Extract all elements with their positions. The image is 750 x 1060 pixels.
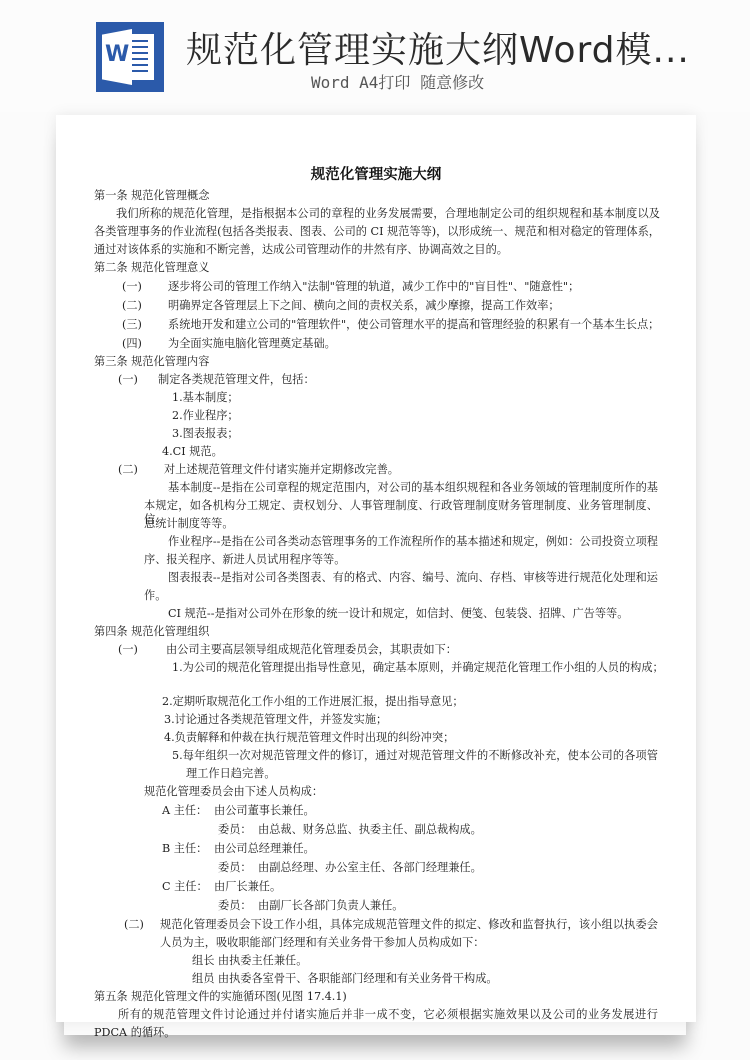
list-item: 为全面实施电脑化管理奠定基础。 (168, 337, 336, 351)
list-item: 由公司主要高层领导组成规范化管理委员会，其职责如下： (166, 643, 457, 657)
sub-item: 1.基本制度； (172, 391, 239, 405)
list-marker: (二) (122, 299, 142, 313)
paragraph-line: 通过对该体系的实施和不断完善，达成公司管理动作的井然有序、协调高效之目的。 (94, 243, 508, 257)
list-item: 规范化管理委员会下设工作小组，具体完成规范管理文件的拟定、修改和监督执行，该小组… (160, 918, 658, 932)
definition-line: 序、报关程序、新进人员试用程序等等。 (144, 553, 345, 567)
definition-line: CI 规范--是指对公司外在形象的统一设计和规定，如信封、便笺、包装袋、招牌、广… (168, 607, 628, 621)
group-members: 组员 由执委各室骨干、各职能部门经理和有关业务骨干构成。 (192, 972, 498, 986)
committee-intro: 规范化管理委员会由下述人员构成： (144, 785, 323, 799)
word-icon-letter: W (105, 42, 129, 67)
member-label-a: 委员： (218, 823, 252, 837)
chair-value-c: 由厂长兼任。 (214, 880, 281, 894)
list-marker: (一) (118, 643, 138, 657)
sub-item: 4.负责解释和仲裁在执行规范管理文件时出现的纠纷冲突； (164, 731, 454, 745)
sub-item: 4.CI 规范。 (162, 445, 223, 459)
list-item: 制定各类规范管理文件，包括： (158, 373, 315, 387)
template-subtitle: Word A4打印 随意修改 (311, 70, 484, 93)
chair-label-c: C 主任： (162, 880, 208, 894)
article-heading-1: 第一条 规范化管理概念 (94, 189, 209, 203)
header-banner: W 规范化管理实施大纲Word模... Word A4打印 随意修改 (0, 0, 750, 112)
definition-line: 作。 (144, 589, 166, 603)
member-value-b: 由副总经理、办公室主任、各部门经理兼任。 (258, 861, 482, 875)
sub-item: 3.图表报表； (172, 427, 239, 441)
sub-item: 2.作业程序； (172, 409, 239, 423)
chair-label-a: A 主任： (162, 804, 207, 818)
member-value-a: 由总裁、财务总监、执委主任、副总裁构成。 (258, 823, 482, 837)
definition-line: 基本制度--是指在公司章程的规定范围内，对公司的基本组织规程和各业务领域的管理制… (168, 481, 658, 495)
paragraph-line: PDCA 的循环。 (94, 1026, 175, 1040)
list-marker: (三) (122, 318, 142, 332)
sub-item: 3.讨论通过各类规范管理文件，并签发实施； (164, 713, 387, 727)
list-marker: (一) (122, 280, 142, 294)
sub-item: 5.每年组织一次对规范管理文件的修订，通过对规范管理文件的不断修改补充，使本公司… (172, 749, 658, 763)
member-value-c: 由副厂长各部门负责人兼任。 (258, 899, 403, 913)
sub-item: 理工作日趋完善。 (186, 767, 276, 781)
list-item: 明确界定各管理层上下之间、横向之间的责权关系，减少摩擦，提高工作效率； (168, 299, 560, 313)
template-title: 规范化管理实施大纲Word模... (186, 22, 690, 73)
member-label-c: 委员： (218, 899, 252, 913)
definition-line: 作业程序--是指在公司各类动态管理事务的工作流程所作的基本描述和规定，例如：公司… (168, 535, 658, 549)
paragraph-line: 各类管理事务的作业流程(包括各类报表、图表、公司的 CI 规范等等)，以形成统一… (94, 225, 660, 239)
paragraph-line: 所有的规范管理文件讨论通过并付诸实施后并非一成不变，它必须根据实施效果以及公司的… (118, 1008, 658, 1022)
article-heading-3: 第三条 规范化管理内容 (94, 355, 209, 369)
list-item: 人员为主，吸收职能部门经理和有关业务骨干参加人员构成如下： (160, 936, 484, 950)
sub-item: 2.定期听取规范化工作小组的工作进展汇报，提出指导意见； (162, 695, 464, 709)
list-marker: (一) (118, 373, 138, 387)
definition-line: 息统计制度等等。 (144, 517, 234, 531)
list-marker: (二) (118, 463, 138, 477)
article-heading-5: 第五条 规范化管理文件的实施循环图(见图 17.4.1) (94, 990, 347, 1004)
article-heading-4: 第四条 规范化管理组织 (94, 625, 209, 639)
paragraph-line: 我们所称的规范化管理，是指根据本公司的章程的业务发展需要，合理地制定公司的组织规… (116, 207, 660, 221)
group-leader: 组长 由执委主任兼任。 (192, 954, 307, 968)
list-item: 逐步将公司的管理工作纳入"法制"管理的轨道，减少工作中的"盲目性"、"随意性"； (168, 280, 579, 294)
member-label-b: 委员： (218, 861, 252, 875)
sub-item: 1.为公司的规范化管理提出指导性意见，确定基本原则，并确定规范化管理工作小组的人… (172, 661, 664, 675)
list-marker: (二) (124, 918, 144, 932)
chair-value-b: 由公司总经理兼任。 (214, 842, 315, 856)
list-marker: (四) (122, 337, 142, 351)
document-title: 规范化管理实施大纲 (56, 163, 696, 184)
definition-line: 图表报表--是指对公司各类图表、有的格式、内容、编号、流向、存档、审核等进行规范… (168, 571, 658, 585)
word-icon: W (96, 22, 164, 92)
chair-value-a: 由公司董事长兼任。 (214, 804, 315, 818)
document-page: 规范化管理实施大纲 第一条 规范化管理概念 我们所称的规范化管理，是指根据本公司… (56, 115, 696, 1022)
chair-label-b: B 主任： (162, 842, 207, 856)
list-item: 系统地开发和建立公司的"管理软件"，使公司管理水平的提高和管理经验的积累有一个基… (168, 318, 659, 332)
list-item: 对上述规范管理文件付诸实施并定期修改完善。 (164, 463, 399, 477)
article-heading-2: 第二条 规范化管理意义 (94, 261, 209, 275)
